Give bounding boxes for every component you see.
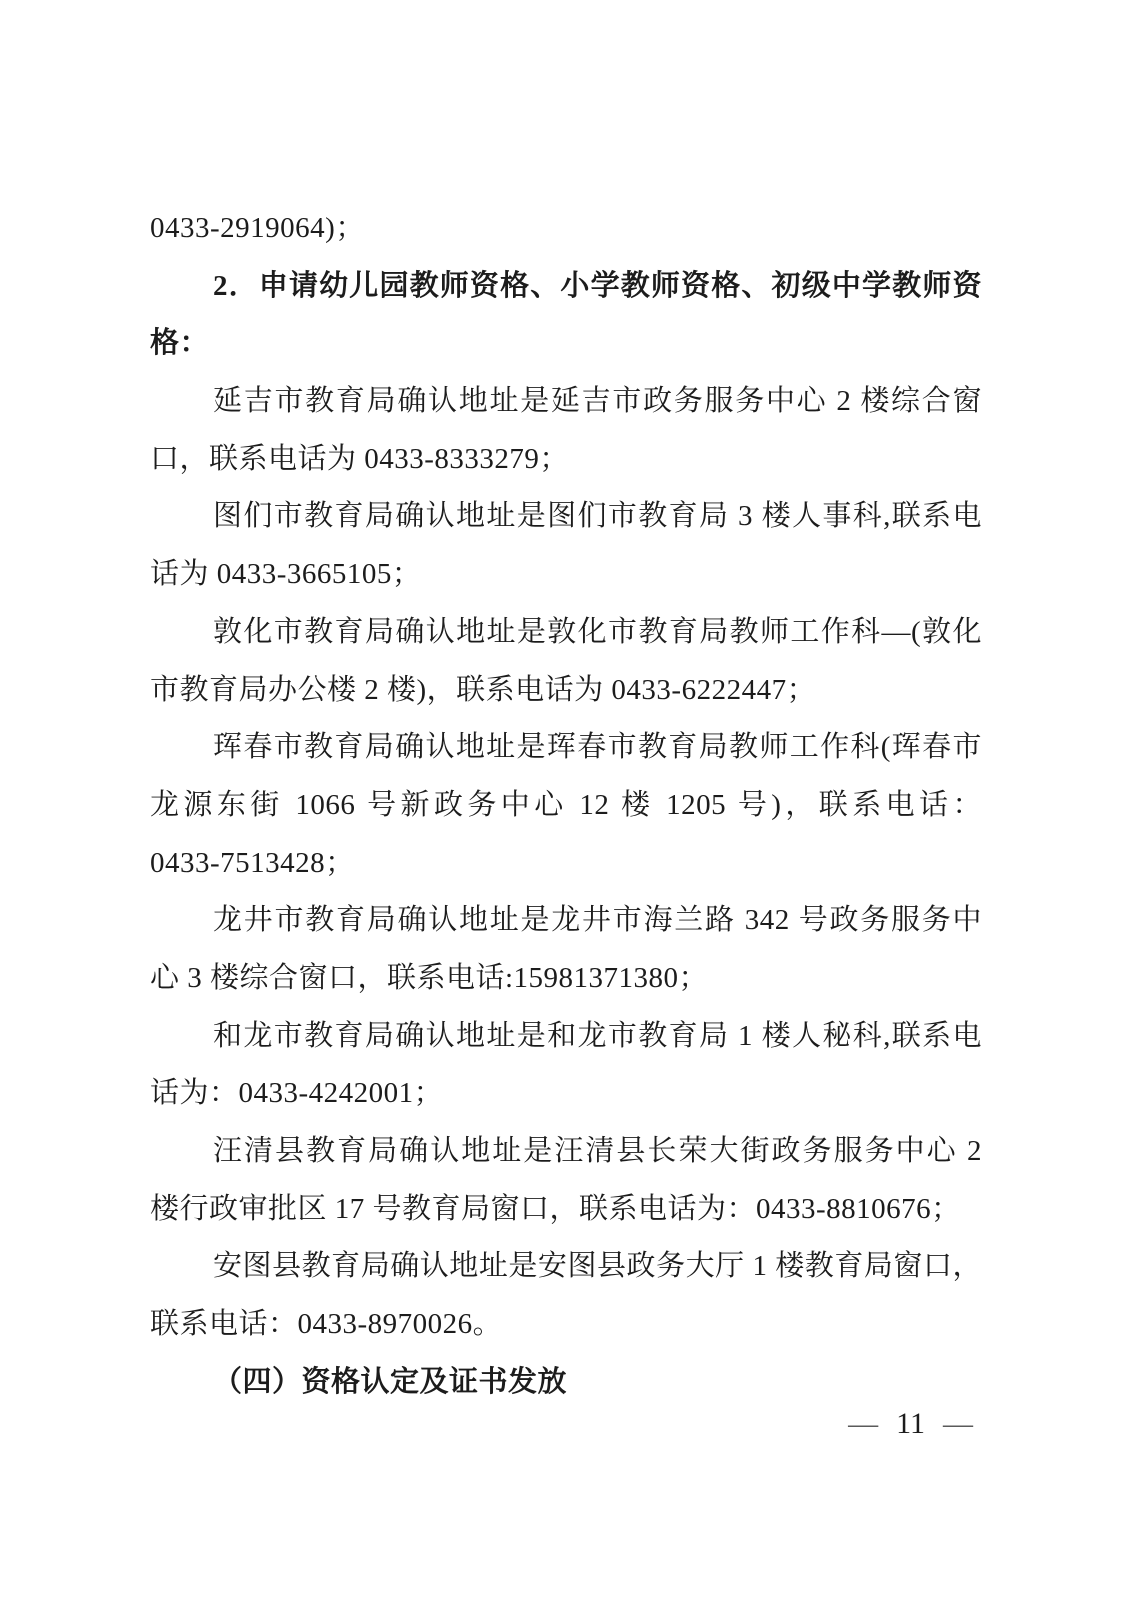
doc-line: 市教育局办公楼 2 楼)，联系电话为 0433-6222447； [150,662,982,720]
doc-line: 口，联系电话为 0433-8333279； [150,431,982,489]
doc-line: 话为：0433-4242001； [150,1065,982,1123]
page-number-right-dash: — [943,1407,973,1440]
document-body: 0433-2919064)； 2．申请幼儿园教师资格、小学教师资格、初级中学教师… [150,200,982,1411]
doc-line: 珲春市教育局确认地址是珲春市教育局教师工作科(珲春市 [150,719,982,777]
subsection-heading: （四）资格认定及证书发放 [150,1354,982,1412]
page-number: —11— [848,1404,973,1444]
page-number-value: 11 [896,1407,925,1440]
doc-line: 龙井市教育局确认地址是龙井市海兰路 342 号政务服务中 [150,892,982,950]
doc-line: 和龙市教育局确认地址是和龙市教育局 1 楼人秘科,联系电 [150,1008,982,1066]
page-number-left-dash: — [848,1407,878,1440]
doc-line: 龙源东街 1066 号新政务中心 12 楼 1205 号)，联系电话： [150,777,982,835]
doc-line: 楼行政审批区 17 号教育局窗口，联系电话为：0433-8810676； [150,1181,982,1239]
doc-line: 0433-7513428； [150,835,982,893]
doc-line: 话为 0433-3665105； [150,546,982,604]
doc-line: 安图县教育局确认地址是安图县政务大厅 1 楼教育局窗口， [150,1238,982,1296]
doc-line: 延吉市教育局确认地址是延吉市政务服务中心 2 楼综合窗 [150,373,982,431]
doc-line: 0433-2919064)； [150,200,982,258]
doc-line: 图们市教育局确认地址是图们市教育局 3 楼人事科,联系电 [150,488,982,546]
doc-line: 心 3 楼综合窗口，联系电话:15981371380； [150,950,982,1008]
document-page: { "document": { "lines": [ { "text": "04… [0,0,1131,1600]
section-heading-line: 格： [150,315,982,373]
doc-line: 汪清县教育局确认地址是汪清县长荣大街政务服务中心 2 [150,1123,982,1181]
section-heading-line: 2．申请幼儿园教师资格、小学教师资格、初级中学教师资 [150,258,982,316]
doc-line: 敦化市教育局确认地址是敦化市教育局教师工作科—(敦化 [150,604,982,662]
doc-line: 联系电话：0433-8970026。 [150,1296,982,1354]
